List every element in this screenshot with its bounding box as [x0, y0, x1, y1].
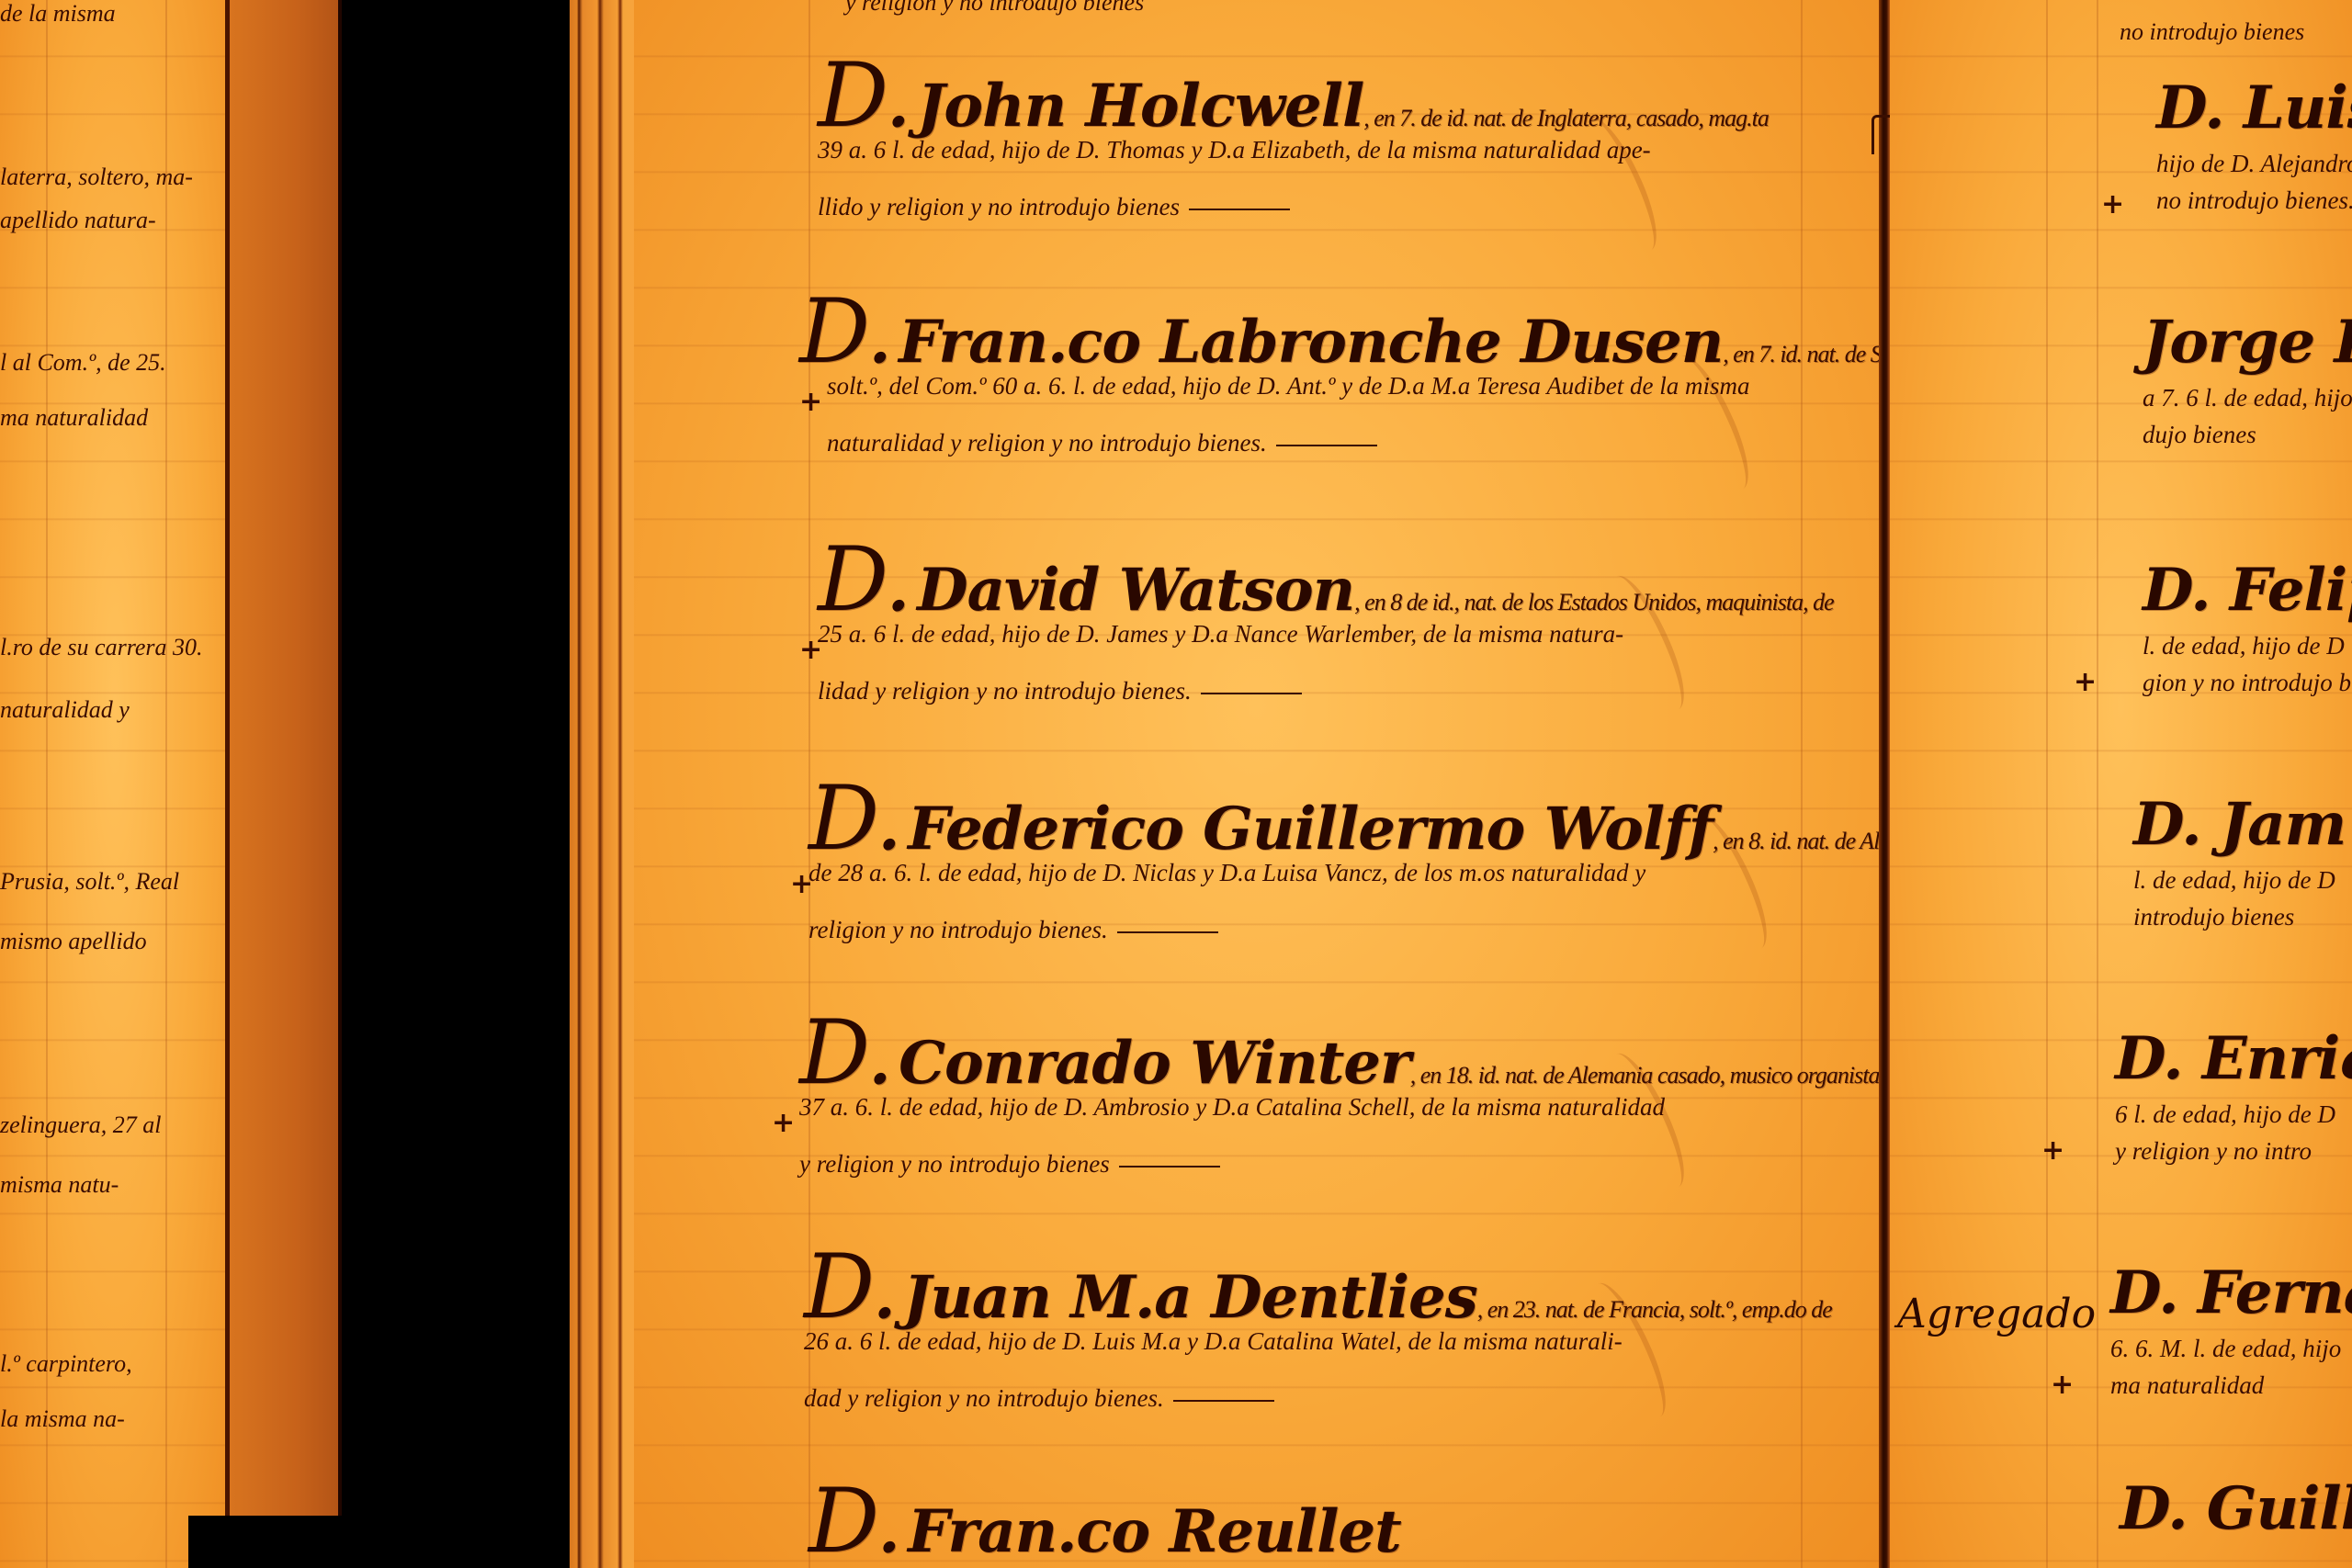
- left-fragment: ma naturalidad: [0, 404, 148, 432]
- register-entry: D.Conrado Winter, en 18. id. nat. de Ale…: [799, 1001, 1879, 1192]
- register-entry: D. Jam l. de edad, hijo de D introdujo b…: [2133, 790, 2346, 945]
- entry-name: D. Felipe: [2143, 556, 2352, 625]
- closing-dash: [1189, 209, 1290, 210]
- entry-line: solt.º, del Com.º 60 a. 6. l. de edad, h…: [827, 357, 1879, 414]
- left-fragment: zelinguera, 27 al: [0, 1111, 162, 1139]
- entry-line-text: dad y religion y no introdujo bienes.: [804, 1384, 1164, 1412]
- dark-gap: [342, 0, 570, 1568]
- ruled-margin-line: [2097, 0, 2098, 1568]
- dark-gap: [188, 1516, 574, 1568]
- entry-line-text: naturalidad y religion y no introdujo bi…: [827, 429, 1267, 457]
- register-entry: D. Fernand 6. 6. M. l. de edad, hijo ma …: [2110, 1258, 2352, 1414]
- closing-dash: [1117, 931, 1218, 933]
- name-text: Fran.co Reullet: [908, 1497, 1401, 1566]
- entry-line: gion y no introdujo bi: [2143, 654, 2352, 711]
- entry-line: no introdujo bienes.: [2156, 172, 2352, 229]
- entry-name: Jorge B: [2143, 308, 2352, 377]
- left-fragment: laterra, soltero, ma-: [0, 164, 193, 191]
- register-entry: D. Guill: [2120, 1474, 2352, 1543]
- register-entry: D. Luis hijo de D. Alejandro no introduj…: [2156, 73, 2352, 229]
- register-entry: D.John Holcwell, en 7. de id. nat. de In…: [818, 44, 1769, 235]
- register-entry: D.Fran.co Reullet: [808, 1470, 1401, 1568]
- ruled-margin-line: [165, 0, 167, 1568]
- left-fragment: apellido natura-: [0, 207, 156, 234]
- entry-line: 39 a. 6 l. de edad, hijo de D. Thomas y …: [818, 121, 1769, 178]
- book-gutter: [1879, 0, 1890, 1568]
- entry-name: D. Guill: [2120, 1474, 2352, 1543]
- left-fragment: naturalidad y: [0, 696, 130, 724]
- left-fragment: mismo apellido: [0, 928, 147, 955]
- margin-cross-mark: +: [2074, 666, 2097, 698]
- book-page-edges: [570, 0, 634, 1568]
- entry-name: D. Fernand: [2110, 1258, 2352, 1327]
- margin-cross-mark: +: [2041, 1134, 2064, 1167]
- entry-line: llido y religion y no introdujo bienes: [818, 178, 1769, 235]
- left-fragment: la misma na-: [0, 1405, 125, 1433]
- entry-line: y religion y no introdujo bienes: [799, 1135, 1879, 1192]
- main-page: y religion y no introdujo bienes D.John …: [634, 0, 1879, 1568]
- left-fragment: Prusia, solt.º, Real: [0, 868, 179, 896]
- margin-note: Agregado: [1897, 1291, 2096, 1337]
- top-fragment: no introdujo bienes: [2120, 18, 2304, 46]
- entry-line: religion y no introdujo bienes.: [808, 901, 1879, 958]
- left-fragment: misma natu-: [0, 1171, 119, 1199]
- register-entry: D.Fran.co Labronche Dusen, en 7. id. nat…: [799, 280, 1879, 471]
- margin-cross-mark: +: [2051, 1369, 2074, 1401]
- register-entry: D. Enrique 6 l. de edad, hijo de D y rel…: [2115, 1024, 2352, 1179]
- entry-name: D. Jam: [2133, 790, 2346, 859]
- entry-line-text: lidad y religion y no introdujo bienes.: [818, 677, 1192, 705]
- entry-line-text: y religion y no introdujo bienes: [799, 1150, 1110, 1178]
- top-fragment: y religion y no introdujo bienes: [845, 0, 1144, 17]
- register-entry: Jorge B a 7. 6 l. de edad, hijo dujo bie…: [2143, 308, 2352, 463]
- register-entry: D.Juan M.a Dentlies, en 23. nat. de Fran…: [804, 1235, 1832, 1427]
- closing-dash: [1276, 445, 1377, 446]
- margin-cross-mark: +: [2101, 188, 2124, 220]
- margin-cross-mark: +: [772, 1107, 795, 1139]
- entry-line: dad y religion y no introdujo bienes.: [804, 1370, 1832, 1427]
- entry-name: D. Enrique: [2115, 1024, 2352, 1093]
- closing-dash: [1173, 1400, 1274, 1402]
- closing-dash: [1201, 693, 1302, 694]
- register-entry: D.David Watson, en 8 de id., nat. de los…: [818, 528, 1834, 719]
- left-page-edge-stack: [230, 0, 342, 1516]
- ruled-margin-line: [46, 0, 48, 1568]
- entry-line-text: religion y no introdujo bienes.: [808, 916, 1108, 943]
- entry-line: naturalidad y religion y no introdujo bi…: [827, 414, 1879, 471]
- entry-line: lidad y religion y no introdujo bienes.: [818, 662, 1834, 719]
- register-entry: D.Federico Guillermo Wolff, en 8. id. na…: [808, 767, 1879, 958]
- register-entry: D. Felipe l. de edad, hijo de D gion y n…: [2143, 556, 2352, 711]
- left-fragment: l.ro de su carrera 30.: [0, 634, 203, 661]
- left-page: de la misma laterra, soltero, ma- apelli…: [0, 0, 230, 1568]
- name-initial: D.: [808, 1470, 902, 1568]
- entry-line: , en 8. id. nat. de Alemania, casado, de…: [1713, 828, 1879, 854]
- entry-line-text: llido y religion y no introdujo bienes: [818, 193, 1180, 220]
- entry-name: D. Luis: [2156, 73, 2352, 142]
- left-fragment: l.º carpintero,: [0, 1350, 132, 1378]
- left-fragment: l al Com.º, de 25.: [0, 349, 166, 377]
- left-fragment: de la misma: [0, 0, 116, 28]
- entry-name: D.Fran.co Reullet: [808, 1470, 1401, 1568]
- closing-dash: [1119, 1166, 1220, 1168]
